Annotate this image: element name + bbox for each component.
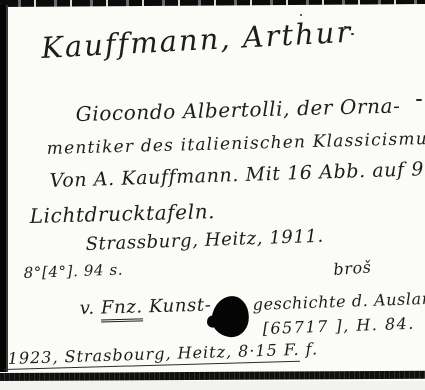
scan-speck [344,26,347,28]
scan-edge-bottom [0,371,425,381]
title-line: mentiker des italienischen Klassicismus. [47,131,425,158]
imprint-line: Strassburg, Heitz, 1911. [85,228,324,254]
card-heading-author: Kauffmann, Arthur [40,18,352,63]
series-reference-middle: Kunst- [142,295,211,318]
collation-note: 8°[4°]. 94 s. [23,263,123,281]
scan-speck [351,33,354,35]
catalog-card-scan: Kauffmann, Arthur Giocondo Albertolli, d… [0,0,425,390]
series-reference-suffix: geschichte d. Auslandes, [252,289,425,313]
shelfmark-number: [65717 ], H. 84. [262,316,415,337]
scan-edge-top [0,0,425,7]
acquisition-note: 1923, Strasbourg, Heitz, 8·15 F. f. [7,341,318,367]
series-reference-underlined: Fnz. [101,296,143,322]
title-line: Von A. Kauffmann. Mit 16 Abb. auf 9 [49,160,424,191]
scan-edge-left [0,5,8,372]
scan-speck [300,14,302,16]
scan-background [0,381,425,390]
ink-blot-icon [209,294,251,340]
title-line: Giocondo Albertolli, der Orna- [75,96,400,124]
binding-note: broš [333,259,372,278]
scan-speck [416,99,422,101]
title-line: Lichtdrucktafeln. [29,201,215,226]
series-reference-prefix: v. [79,297,101,319]
series-reference: v. Fnz. Kunst- [80,297,212,318]
